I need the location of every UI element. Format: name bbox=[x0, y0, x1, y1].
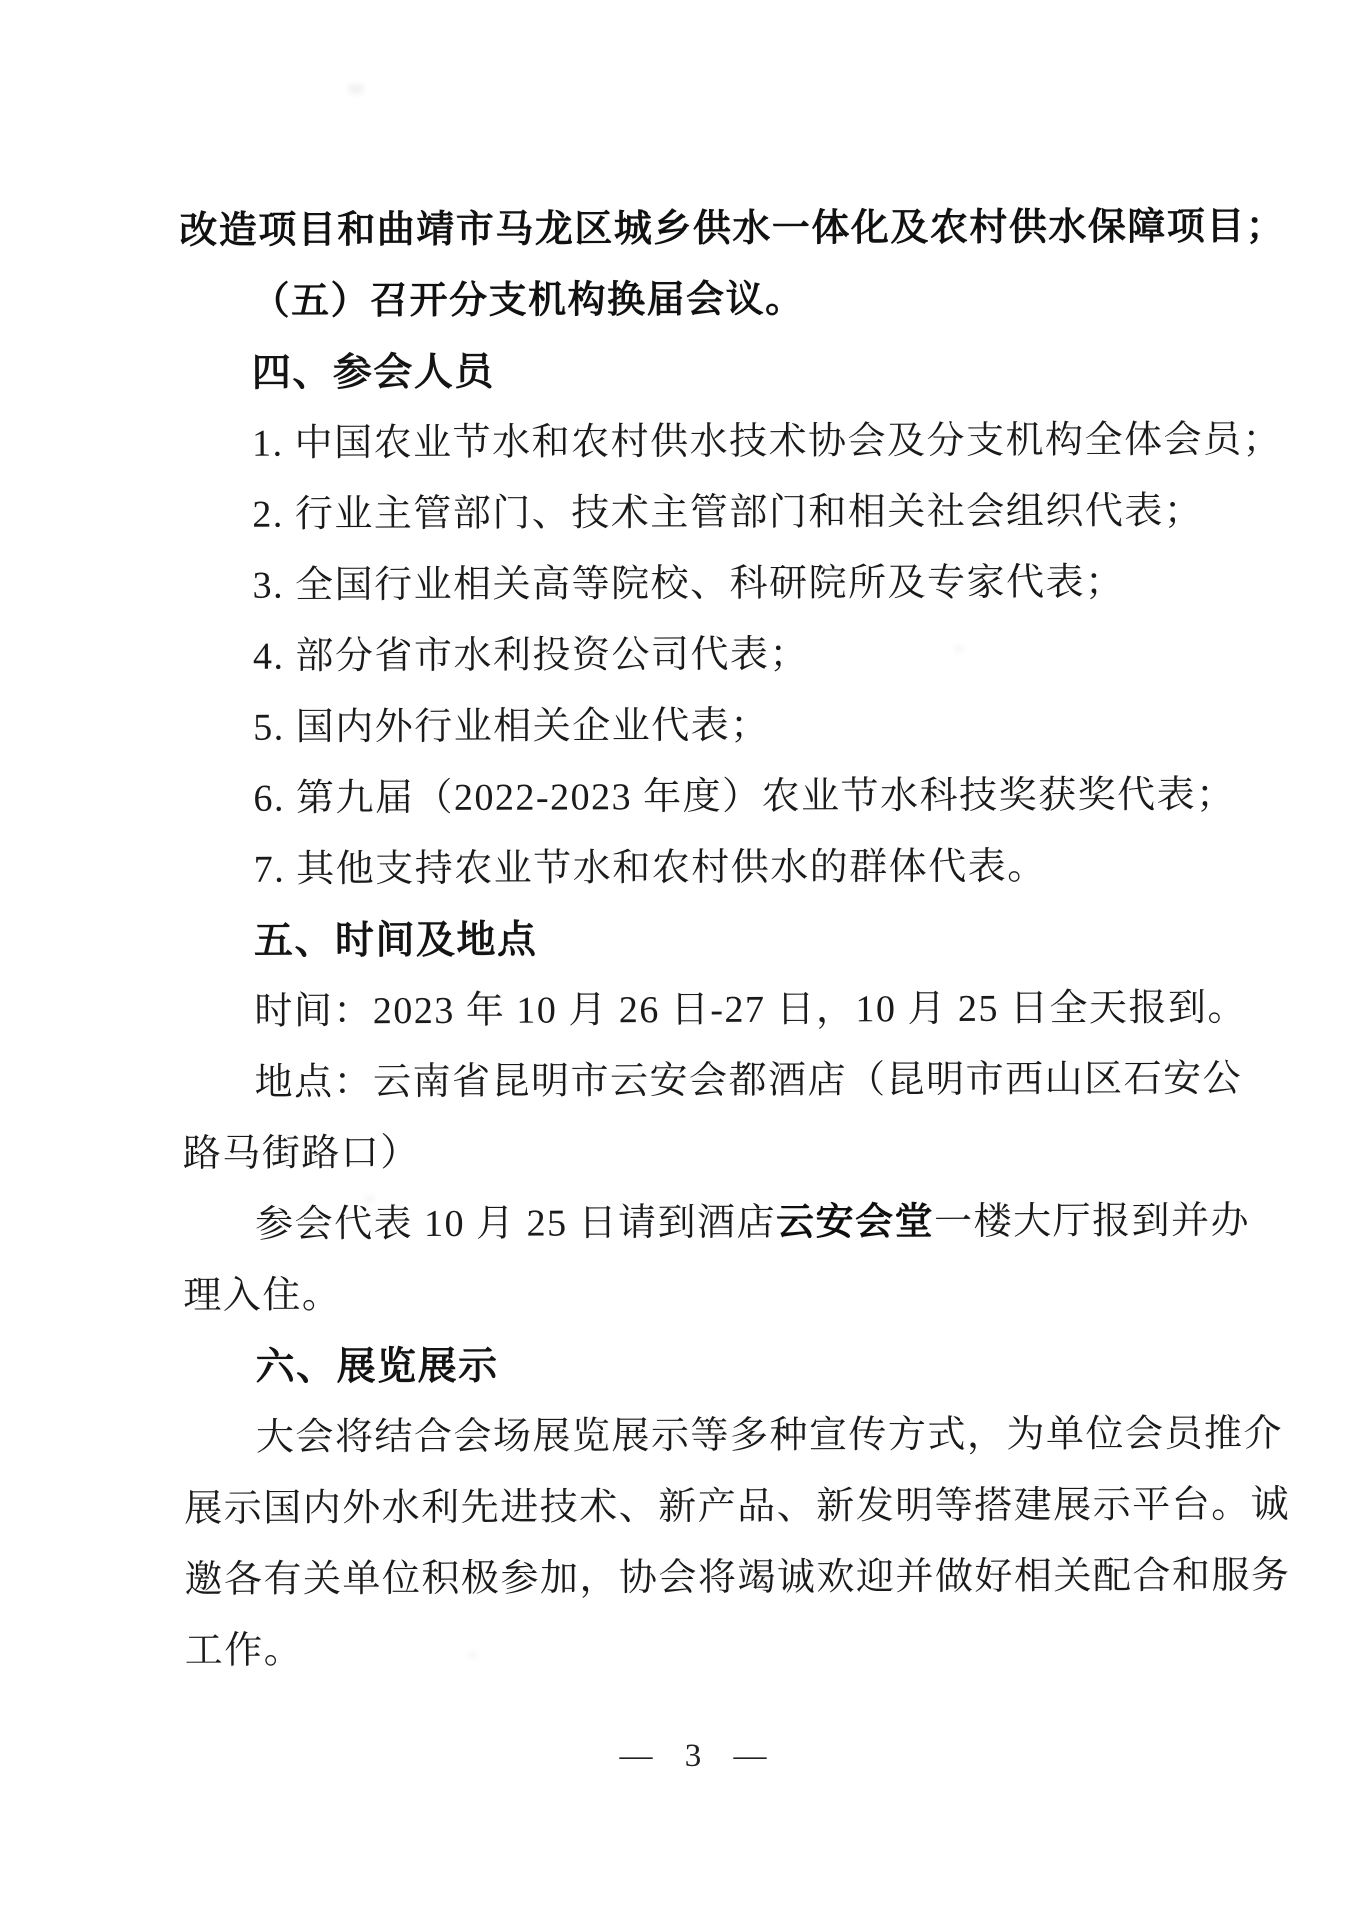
item4-continuation-line: 改造项目和曲靖市马龙区城乡供水一体化及农村供水保障项目； bbox=[179, 192, 1209, 267]
venue-line-1: 地点：云南省昆明市云安会都酒店（昆明市西山区石安公 bbox=[182, 1044, 1212, 1119]
time-line: 时间：2023 年 10 月 26 日-27 日，10 月 25 日全天报到。 bbox=[182, 973, 1212, 1048]
venue-line-2: 路马街路口） bbox=[183, 1115, 1213, 1190]
checkin-text-post: 一楼大厅报到并办 bbox=[934, 1200, 1250, 1243]
document-body: 改造项目和曲靖市马龙区城乡供水一体化及农村供水保障项目； （五）召开分支机构换届… bbox=[179, 192, 1215, 1687]
checkin-text-pre: 参会代表 10 月 25 日请到酒店 bbox=[255, 1202, 776, 1246]
participants-item-7: 7. 其他支持农业节水和农村供水的群体代表。 bbox=[182, 831, 1212, 906]
section-heading-time-location: 五、时间及地点 bbox=[182, 902, 1212, 977]
participants-item-1: 1. 中国农业节水和农村供水技术协会及分支机构全体会员； bbox=[180, 405, 1210, 480]
participants-item-3: 3. 全国行业相关高等院校、科研院所及专家代表； bbox=[181, 547, 1211, 622]
page-number: — 3 — bbox=[0, 1736, 1358, 1776]
exhibition-para-line-4: 工作。 bbox=[185, 1612, 1215, 1687]
section-heading-exhibition: 六、展览展示 bbox=[184, 1328, 1214, 1403]
section-heading-participants: 四、参会人员 bbox=[180, 334, 1210, 409]
exhibition-para-line-2: 展示国内外水利先进技术、新产品、新发明等搭建展示平台。诚 bbox=[184, 1470, 1214, 1545]
checkin-line-1: 参会代表 10 月 25 日请到酒店云安会堂一楼大厅报到并办 bbox=[183, 1186, 1213, 1261]
scan-speck bbox=[348, 84, 364, 94]
participants-item-5: 5. 国内外行业相关企业代表； bbox=[181, 689, 1211, 764]
exhibition-para-line-1: 大会将结合会场展览展示等多种宣传方式，为单位会员推介 bbox=[184, 1399, 1214, 1474]
participants-item-4: 4. 部分省市水利投资公司代表； bbox=[181, 618, 1211, 693]
exhibition-para-line-3: 邀各有关单位积极参加，协会将竭诚欢迎并做好相关配合和服务 bbox=[184, 1541, 1214, 1616]
participants-item-2: 2. 行业主管部门、技术主管部门和相关社会组织代表； bbox=[180, 476, 1210, 551]
document-page: 改造项目和曲靖市马龙区城乡供水一体化及农村供水保障项目； （五）召开分支机构换届… bbox=[0, 0, 1358, 1920]
checkin-hall-name: 云安会堂 bbox=[776, 1201, 934, 1244]
subitem-5-line: （五）召开分支机构换届会议。 bbox=[179, 263, 1209, 338]
participants-item-6: 6. 第九届（2022-2023 年度）农业节水科技奖获奖代表； bbox=[181, 760, 1211, 835]
checkin-line-2: 理入住。 bbox=[183, 1257, 1213, 1332]
